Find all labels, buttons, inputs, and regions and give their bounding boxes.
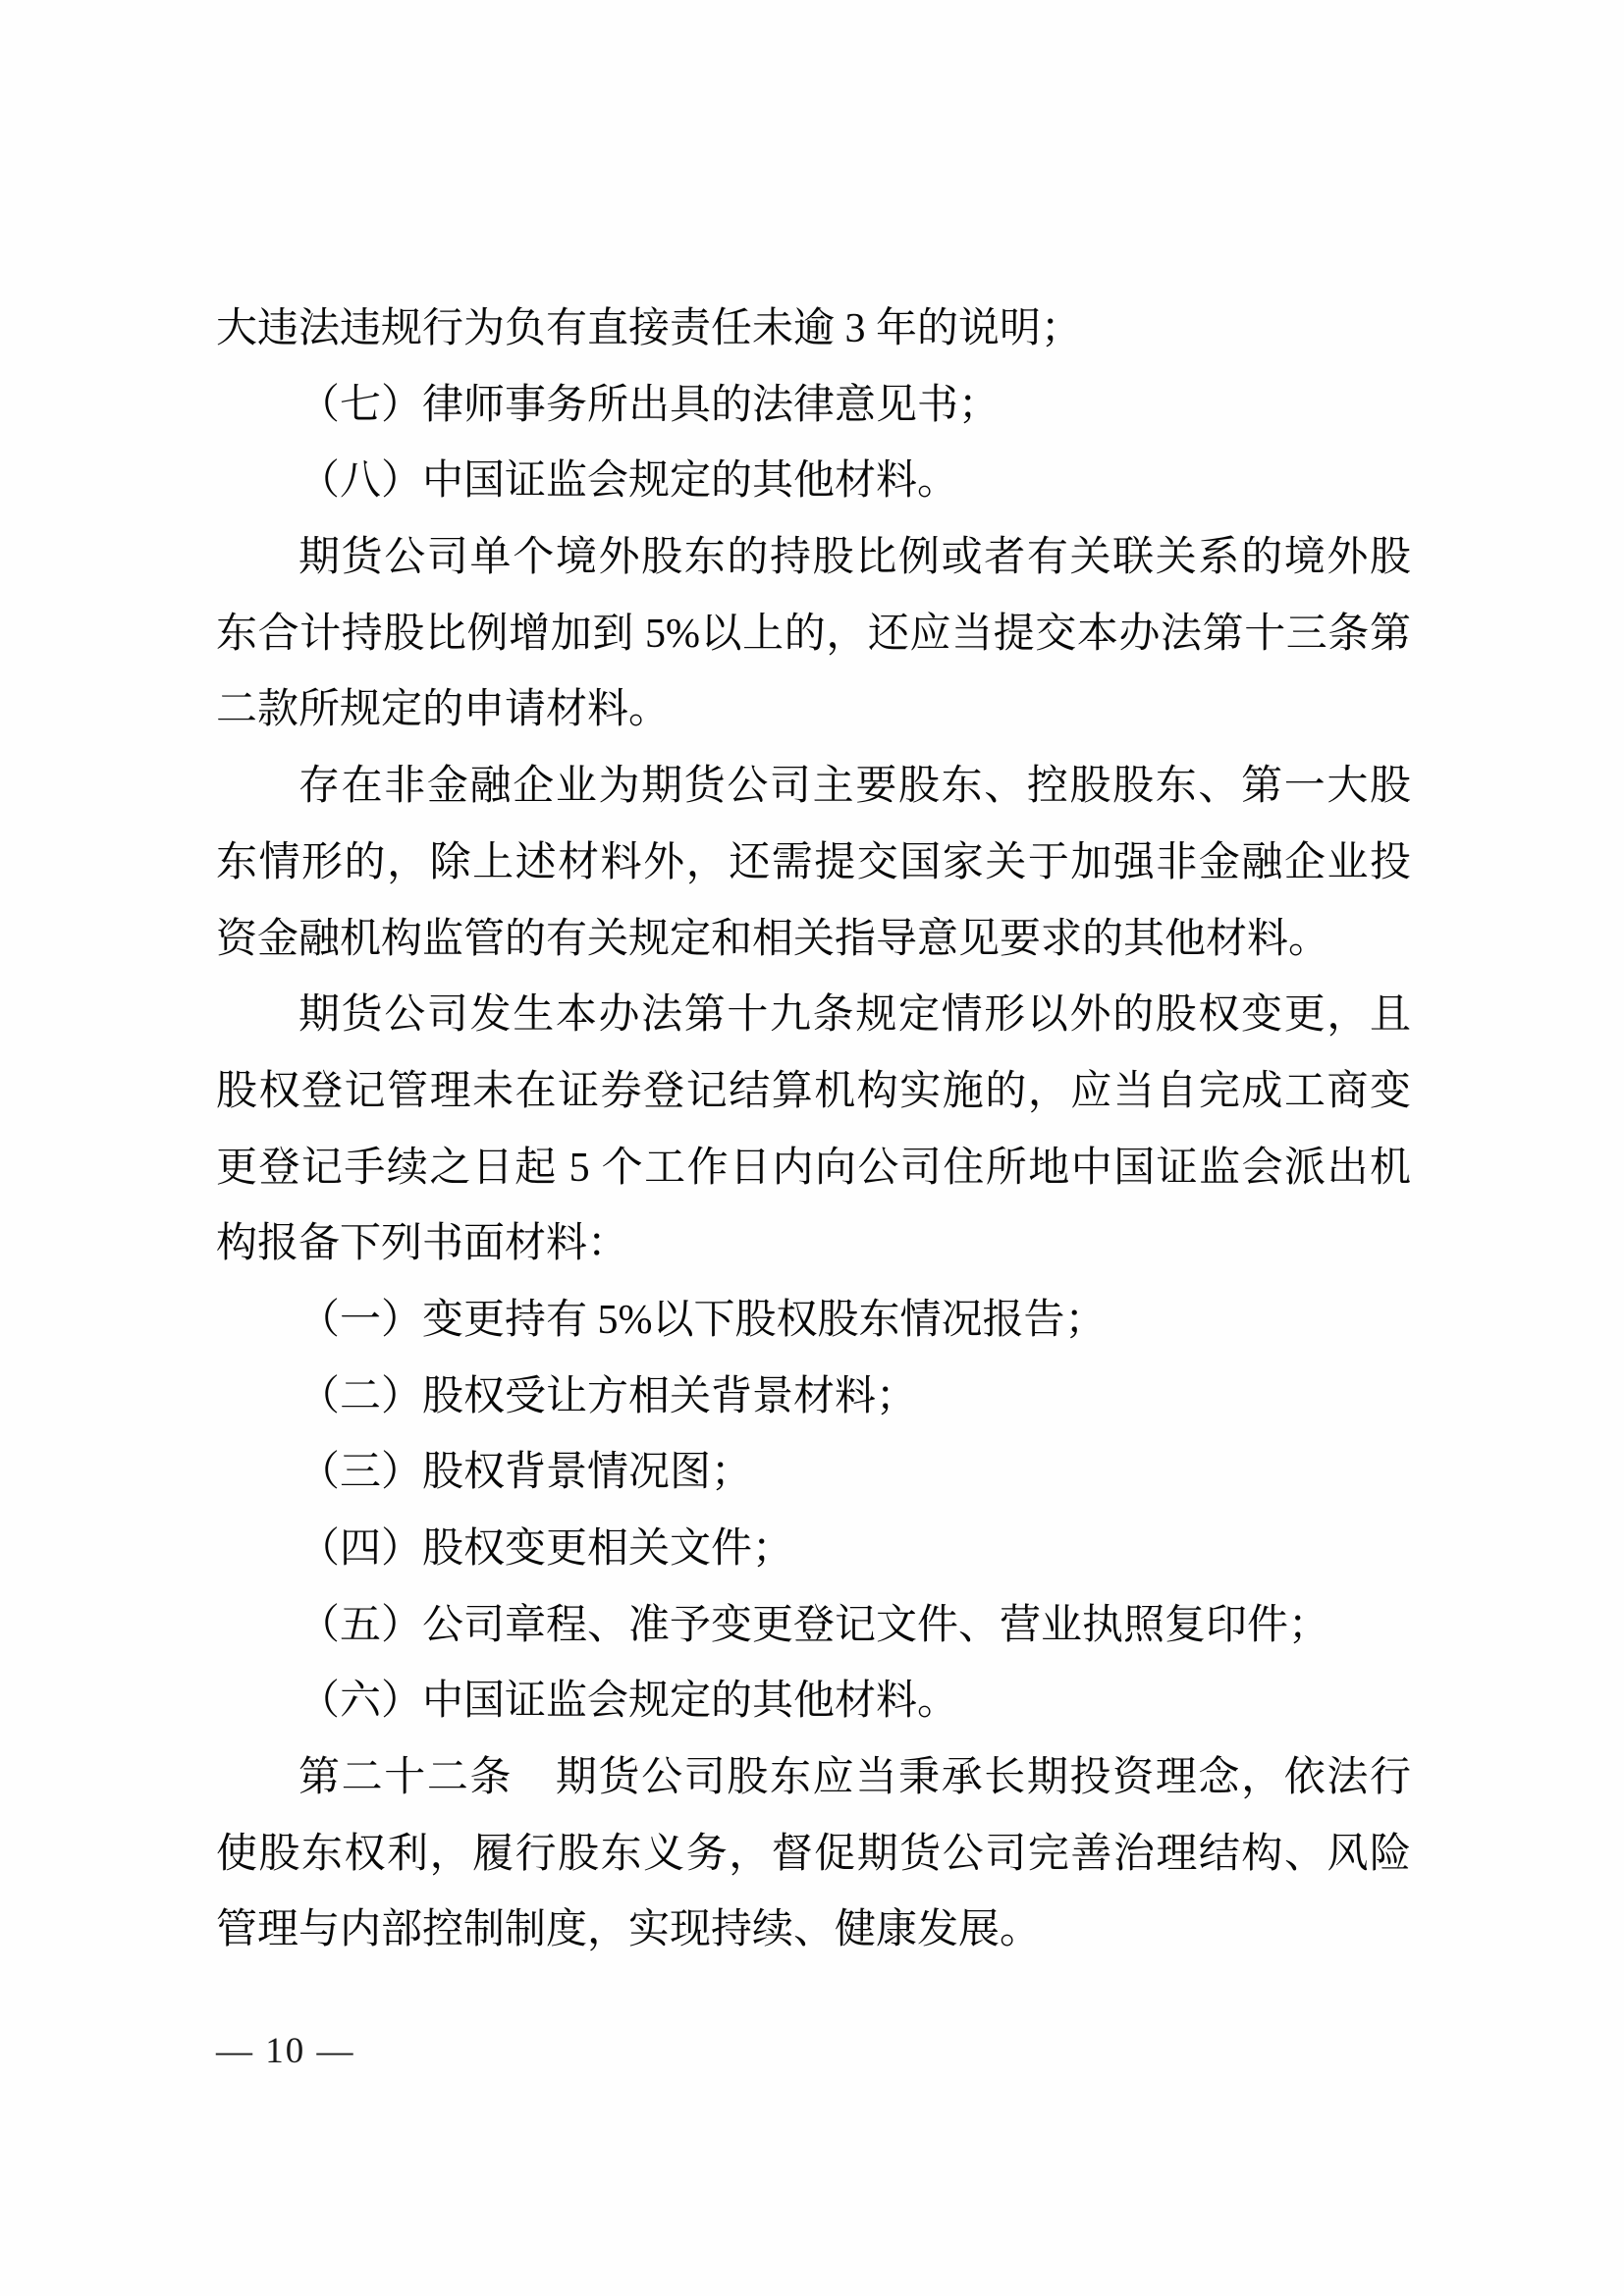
text-line: （七）律师事务所出具的法律意见书； [216,368,1411,445]
text-line: （一）变更持有 5%以下股权股东情况报告； [216,1283,1411,1360]
paragraph: （七）律师事务所出具的法律意见书； [216,368,1411,445]
text-line: 管理与内部控制制度，实现持续、健康发展。 [216,1893,1411,1969]
paragraph: （五）公司章程、准予变更登记文件、营业执照复印件； [216,1588,1411,1665]
text-line: 股权登记管理未在证券登记结算机构实施的，应当自完成工商变 [216,1054,1411,1131]
text-line: 东合计持股比例增加到 5%以上的，还应当提交本办法第十三条第 [216,597,1411,673]
text-line: （三）股权背景情况图； [216,1435,1411,1512]
text-line: （八）中国证监会规定的其他材料。 [216,444,1411,520]
text-line: 构报备下列书面材料： [216,1206,1411,1283]
paragraph: （一）变更持有 5%以下股权股东情况报告； [216,1283,1411,1360]
text-line: （四）股权变更相关文件； [216,1512,1411,1588]
paragraph: 期货公司单个境外股东的持股比例或者有关联关系的境外股东合计持股比例增加到 5%以… [216,520,1411,749]
text-line: 期货公司发生本办法第十九条规定情形以外的股权变更，且 [216,978,1411,1054]
paragraph: 第二十二条 期货公司股东应当秉承长期投资理念，依法行使股东权利，履行股东义务，督… [216,1740,1411,1969]
text-line: 东情形的，除上述材料外，还需提交国家关于加强非金融企业投 [216,826,1411,902]
paragraph: （八）中国证监会规定的其他材料。 [216,444,1411,520]
text-line: 第二十二条 期货公司股东应当秉承长期投资理念，依法行 [216,1740,1411,1817]
text-line: 期货公司单个境外股东的持股比例或者有关联关系的境外股 [216,520,1411,597]
text-line: （五）公司章程、准予变更登记文件、营业执照复印件； [216,1588,1411,1665]
paragraph: （四）股权变更相关文件； [216,1512,1411,1588]
text-line: 更登记手续之日起 5 个工作日内向公司住所地中国证监会派出机 [216,1131,1411,1207]
paragraph: 大违法违规行为负有直接责任未逾 3 年的说明； [216,292,1411,368]
page-number: — 10 — [216,2030,355,2073]
paragraph: 期货公司发生本办法第十九条规定情形以外的股权变更，且股权登记管理未在证券登记结算… [216,978,1411,1283]
text-line: 存在非金融企业为期货公司主要股东、控股股东、第一大股 [216,749,1411,826]
paragraph: （六）中国证监会规定的其他材料。 [216,1664,1411,1740]
text-line: 使股东权利，履行股东义务，督促期货公司完善治理结构、风险 [216,1817,1411,1894]
document-page: 大违法违规行为负有直接责任未逾 3 年的说明；（七）律师事务所出具的法律意见书；… [0,0,1624,2296]
text-block: 大违法违规行为负有直接责任未逾 3 年的说明；（七）律师事务所出具的法律意见书；… [216,292,1411,1969]
paragraph: 存在非金融企业为期货公司主要股东、控股股东、第一大股东情形的，除上述材料外，还需… [216,749,1411,978]
text-line: 大违法违规行为负有直接责任未逾 3 年的说明； [216,292,1411,368]
text-line: 资金融机构监管的有关规定和相关指导意见要求的其他材料。 [216,902,1411,979]
paragraph: （二）股权受让方相关背景材料； [216,1360,1411,1436]
text-line: （六）中国证监会规定的其他材料。 [216,1664,1411,1740]
paragraph: （三）股权背景情况图； [216,1435,1411,1512]
text-line: （二）股权受让方相关背景材料； [216,1360,1411,1436]
text-line: 二款所规定的申请材料。 [216,672,1411,749]
